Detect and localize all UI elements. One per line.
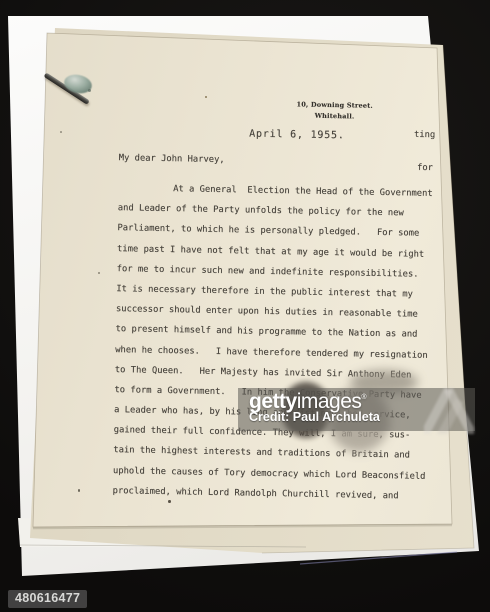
watermark-credit: Credit: Paul Archuleta bbox=[249, 410, 380, 424]
paper-speck bbox=[60, 131, 62, 133]
letterhead: 10, Downing Street. Whitehall. bbox=[269, 99, 399, 123]
stock-photo: ting for 10, Downing Street. Whitehall. … bbox=[0, 0, 490, 612]
paper-speck bbox=[78, 489, 80, 492]
salutation: My dear John Harvey, bbox=[119, 153, 225, 165]
letterhead-district: Whitehall. bbox=[269, 110, 399, 123]
registered-mark-icon: ® bbox=[361, 394, 366, 401]
image-id-badge: 480616477 bbox=[8, 590, 87, 608]
second-page-fragment: for bbox=[417, 163, 433, 173]
paper-speck bbox=[98, 272, 100, 274]
watermark-pattern bbox=[424, 384, 474, 434]
paper-speck bbox=[88, 89, 91, 92]
second-page-fragment: ting bbox=[414, 130, 435, 140]
letter-body: At a General Election the Head of the Go… bbox=[112, 178, 432, 507]
date-line: April 6, 1955. bbox=[249, 128, 345, 141]
paper-speck bbox=[205, 96, 207, 98]
